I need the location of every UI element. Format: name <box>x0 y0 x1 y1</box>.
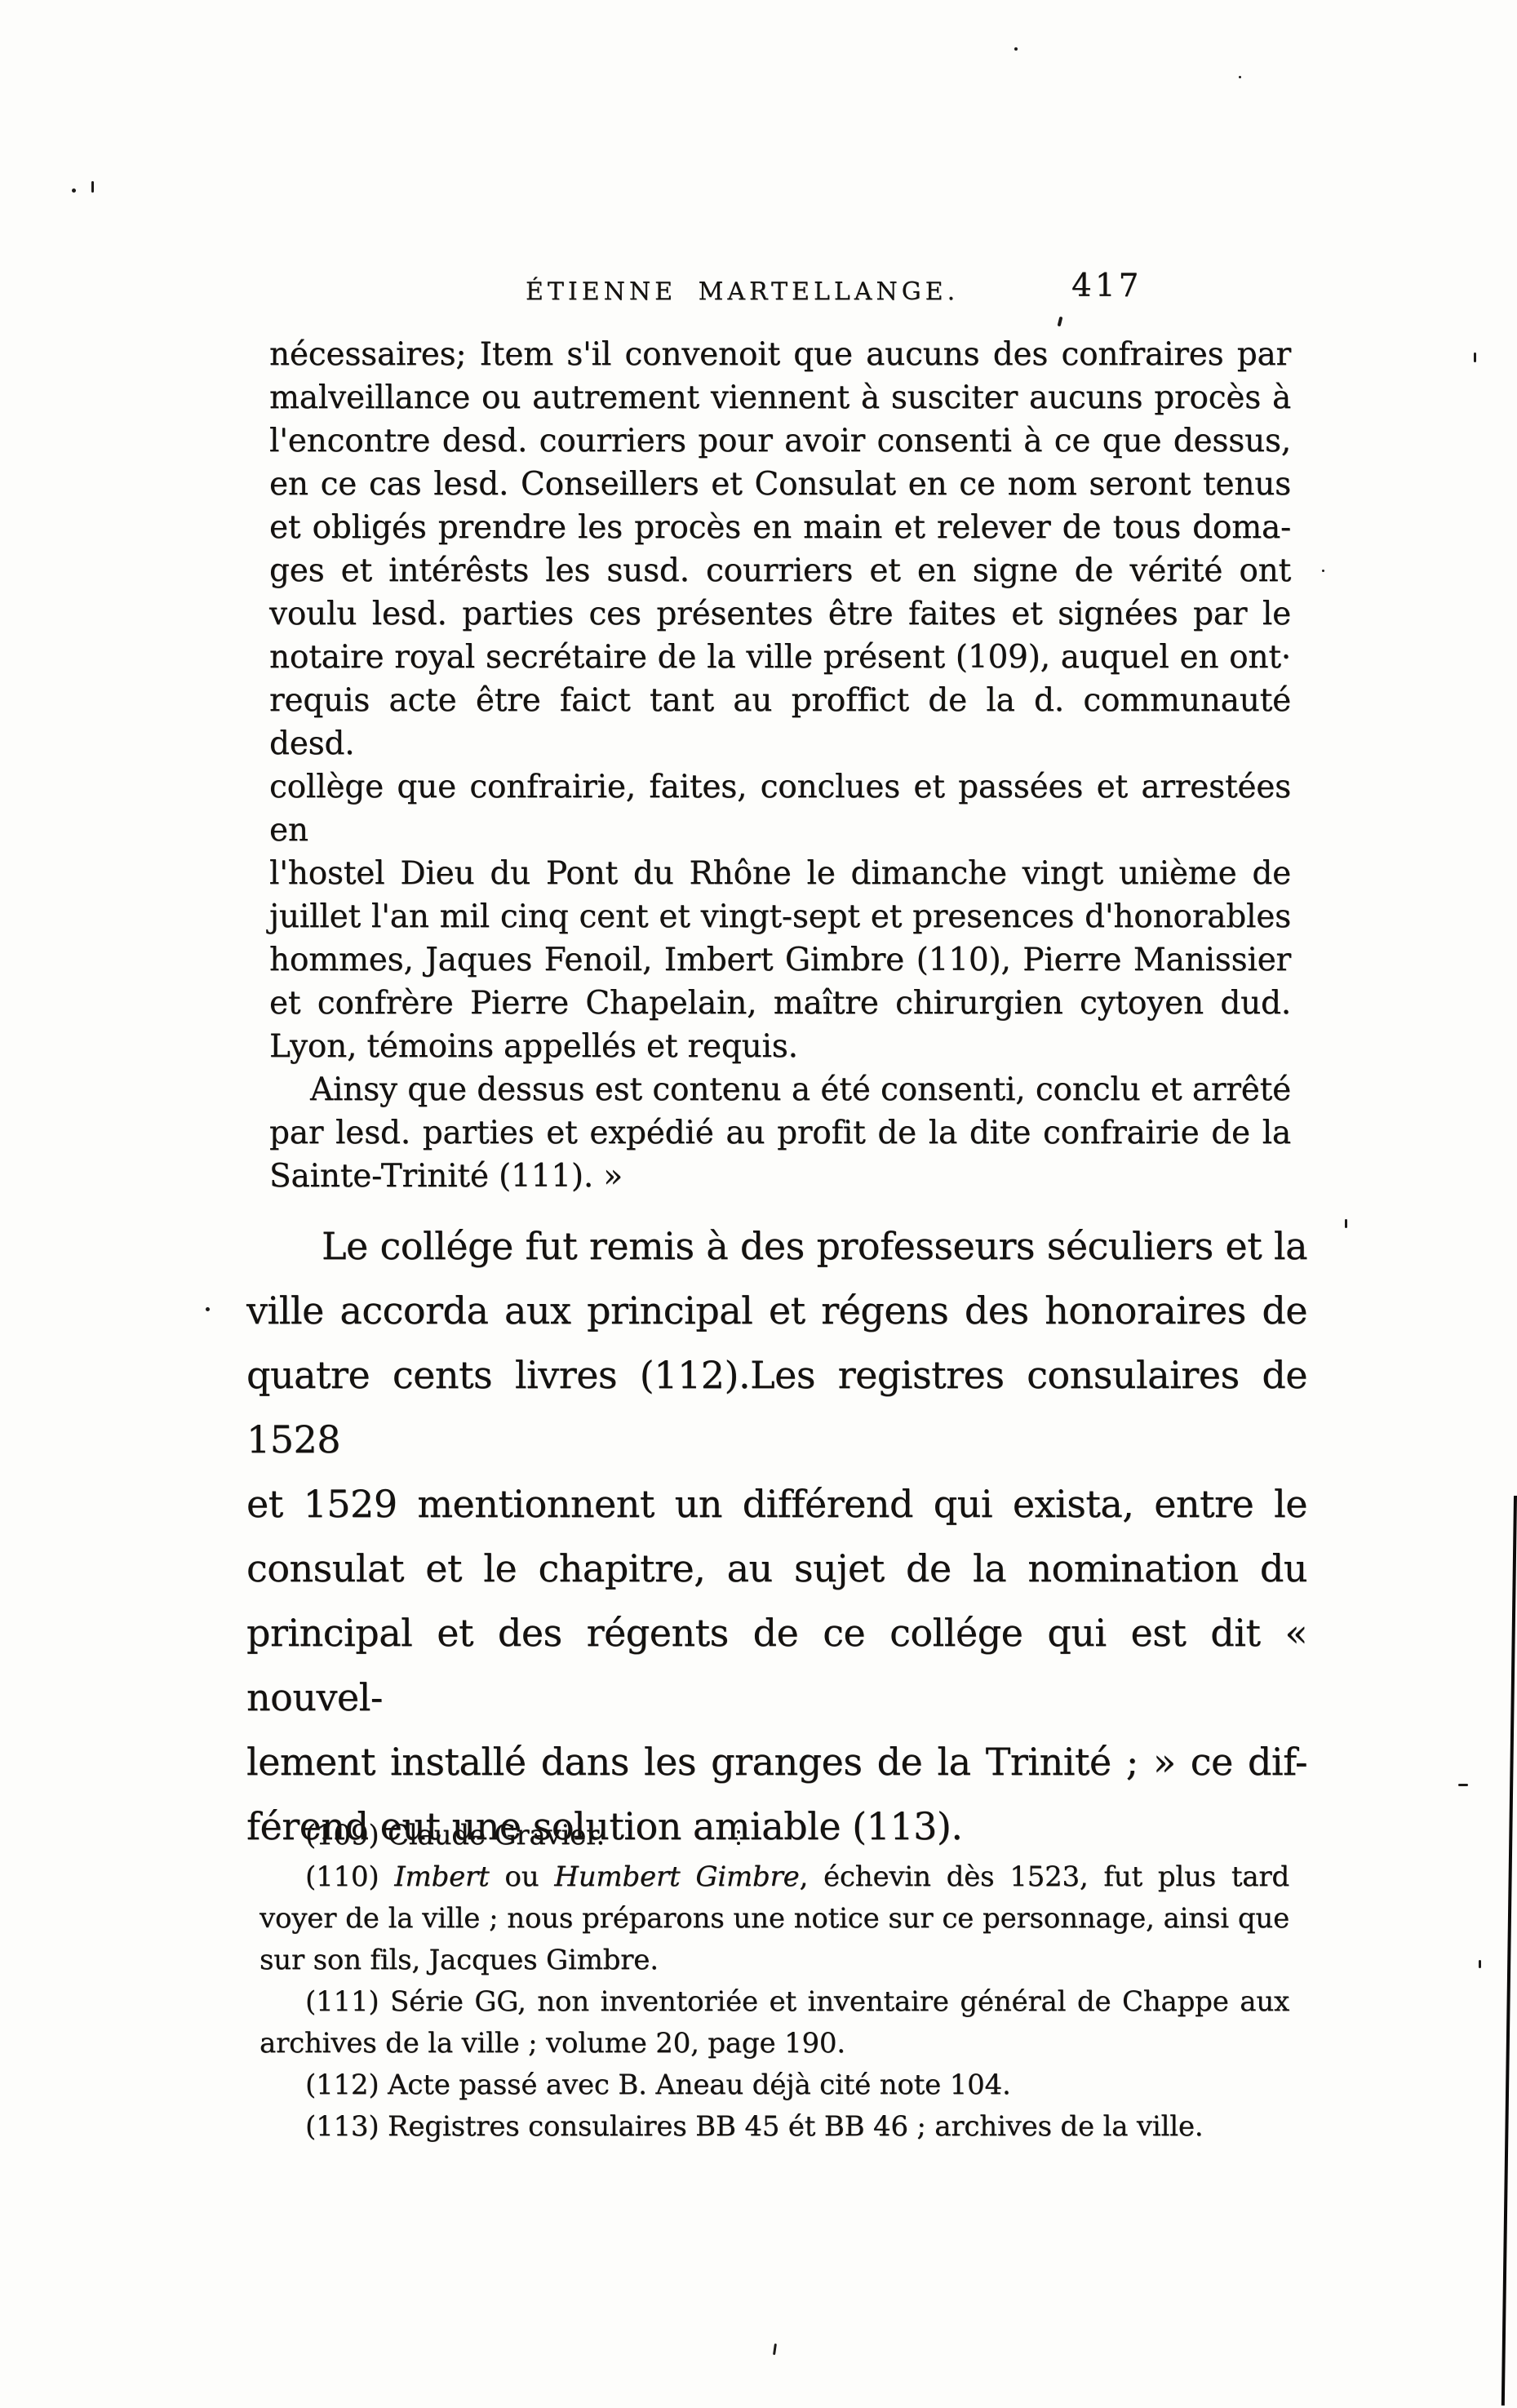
text-line: Sainte-Trinité (111). » <box>269 1155 1291 1198</box>
text-line: nécessaires; Item s'il convenoit que auc… <box>269 333 1291 376</box>
page-number: 417 <box>1071 269 1142 304</box>
scan-speck <box>1322 570 1324 572</box>
scan-speck <box>1458 1784 1468 1786</box>
scanned-book-page: { "header": { "title": "ÉTIENNE MARTELLA… <box>0 0 1517 2408</box>
footnote-line: voyer de la ville ; nous préparons une n… <box>259 1898 1289 1940</box>
scan-speck <box>91 181 94 193</box>
text-line: malveillance ou autrement viennent à sus… <box>269 376 1291 419</box>
italic-name: Humbert Gimbre <box>554 1860 799 1893</box>
scan-speck <box>737 1842 740 1845</box>
text-line: Ainsy que dessus est contenu a été conse… <box>269 1068 1291 1111</box>
scan-speck <box>1239 76 1241 78</box>
text-line: juillet l'an mil cinq cent et vingt-sept… <box>269 895 1291 938</box>
scan-edge-line <box>1501 1496 1517 2406</box>
text-line: et 1529 mentionnent un différend qui exi… <box>246 1472 1307 1537</box>
scan-speck <box>72 188 76 193</box>
footnote-line: (111) Série GG, non inventoriée et inven… <box>259 1981 1289 2023</box>
text-line: collège que confrairie, faites, conclues… <box>269 765 1291 852</box>
text-line: et obligés prendre les procès en main et… <box>269 506 1291 549</box>
scan-speck <box>1058 317 1063 327</box>
text-line: hommes, Jaques Fenoil, Imbert Gimbre (11… <box>269 938 1291 982</box>
text-line: et confrère Pierre Chapelain, maître chi… <box>269 982 1291 1025</box>
text-line: requis acte être faict tant au proffict … <box>269 679 1291 765</box>
footnote-line: (109) Claude Gravier. <box>259 1815 1289 1856</box>
scan-speck <box>1474 353 1476 362</box>
text-line: notaire royal secrétaire de la ville pré… <box>269 636 1291 679</box>
scan-speck <box>1014 47 1018 51</box>
footnote-line: sur son fils, Jacques Gimbre. <box>259 1940 1289 1981</box>
scan-speck <box>773 2344 777 2355</box>
text-line: quatre cents livres (112).Les registres … <box>246 1343 1307 1472</box>
footnote-line: (112) Acte passé avec B. Aneau déjà cité… <box>259 2064 1289 2106</box>
footnote-line: (110) Imbert ou Humbert Gimbre, échevin … <box>259 1856 1289 1898</box>
text-line: l'hostel Dieu du Pont du Rhône le dimanc… <box>269 852 1291 895</box>
text-line: principal et des régents de ce collége q… <box>246 1601 1307 1730</box>
text-line: ville accorda aux principal et régens de… <box>246 1279 1307 1343</box>
text-line: par lesd. parties et expédié au profit d… <box>269 1111 1291 1155</box>
scan-speck <box>206 1307 210 1311</box>
main-paragraph: Le collége fut remis à des professeurs s… <box>246 1214 1307 1859</box>
footnote-line: (113) Registres consulaires BB 45 ét BB … <box>259 2106 1289 2148</box>
scan-speck <box>737 1830 740 1834</box>
scan-speck <box>1345 1219 1347 1228</box>
page: ÉTIENNE MARTELLANGE. 417 nécessaires; It… <box>0 0 1517 2408</box>
page-header-title: ÉTIENNE MARTELLANGE. <box>526 278 959 306</box>
quoted-text-paragraph: nécessaires; Item s'il convenoit que auc… <box>269 333 1291 1198</box>
italic-name: Imbert <box>394 1860 489 1893</box>
text-line: ges et intérêsts les susd. courriers et … <box>269 549 1291 592</box>
text-line: l'encontre desd. courriers pour avoir co… <box>269 419 1291 463</box>
footnote-number: (110) <box>305 1860 394 1893</box>
text-line: lement installé dans les granges de la T… <box>246 1730 1307 1794</box>
footnotes-section: (109) Claude Gravier. (110) Imbert ou Hu… <box>259 1815 1289 2148</box>
text-line: en ce cas lesd. Conseillers et Consulat … <box>269 463 1291 506</box>
text-line: voulu lesd. parties ces présentes être f… <box>269 592 1291 636</box>
text-line: Le collége fut remis à des professeurs s… <box>246 1214 1307 1279</box>
footnote-line: archives de la ville ; volume 20, page 1… <box>259 2023 1289 2064</box>
text-line: Lyon, témoins appellés et requis. <box>269 1025 1291 1068</box>
text-line: consulat et le chapitre, au sujet de la … <box>246 1537 1307 1601</box>
scan-speck <box>1479 1960 1481 1968</box>
